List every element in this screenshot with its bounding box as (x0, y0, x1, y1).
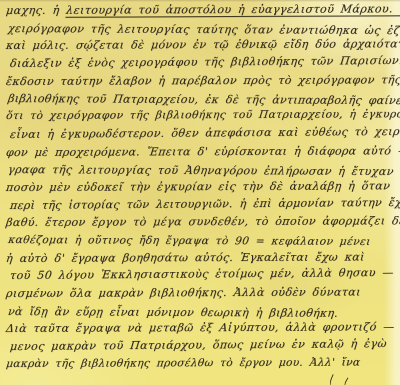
manuscript-text-block: μαχης. ἡ λειτουργία τοῦ ἀποστόλου ἡ εὐαγ… (6, 2, 400, 385)
manuscript-line-text: μαχης. ἡ (5, 4, 67, 17)
manuscript-line: βαθύ. ἕτερον ἔργον τὸ μέγα συνδεθέν, τὸ … (5, 213, 400, 232)
manuscript-line: μακρὰν τῆς βιβλιοθήκης προσέλθω τὸ ἔργον… (5, 354, 400, 373)
manuscript-line: περὶ τῆς ἱστορίας τῶν λειτουργιῶν. ἡ ἐπὶ… (9, 193, 400, 214)
manuscript-page: μαχης. ἡ λειτουργία τοῦ ἀποστόλου ἡ εὐαγ… (0, 0, 400, 385)
manuscript-line: εἶναι ἡ ἐγκυρωδέστερον. ὅθεν ἀπεφάσισα κ… (9, 123, 400, 144)
manuscript-line: διάλεξιν ἐξ ἑνὸς χειρογράφου τῆς βιβλιοθ… (9, 52, 400, 73)
manuscript-line: τοῦ 50 λόγου Ἐκκλησιαστικοὺς ἑτοίμως μέν… (9, 264, 400, 285)
manuscript-line: ἔκδοσιν ταύτην ἔλαβον ἡ παρέβαλον πρὸς τ… (5, 71, 400, 90)
underlined-phrase: λειτουργία τοῦ ἀποστόλου ἡ εὐαγγελιστοῦ … (65, 2, 400, 17)
manuscript-line: ρισμένων ὅλα μακρὰν βιβλιοθήκης. Ἀλλὰ οὐ… (5, 283, 400, 302)
manuscript-line: φον μὲ προχειρόμενα. Ἔπειτα δ' εὑρίσκοντ… (5, 142, 400, 161)
manuscript-line: μενος μακρὰν τοῦ Πατριάρχου, ὅπως μείνω … (9, 335, 400, 356)
manuscript-line: μαχης. ἡ λειτουργία τοῦ ἀποστόλου ἡ εὐαγ… (5, 0, 400, 19)
